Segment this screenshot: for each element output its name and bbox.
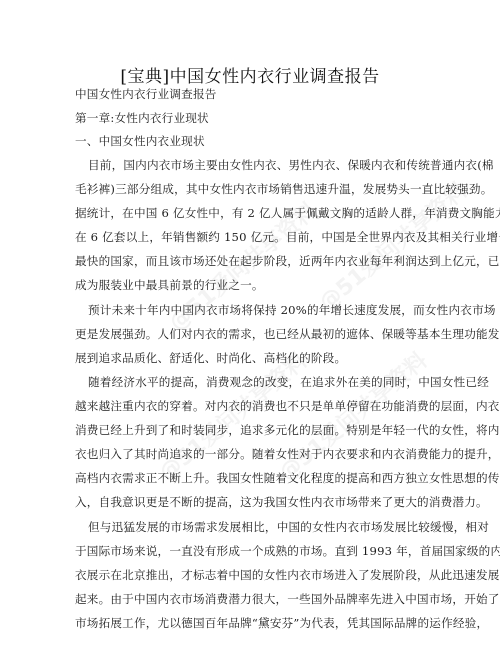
paragraph-line: 展到追求品质化、舒适化、时尚化、高档化的阶段。: [75, 351, 427, 365]
paragraph-line: 最快的国家，而且该市场还处在起步阶段，近两年内衣业每年利润达到上亿元，已: [75, 254, 427, 268]
document-page: @51爱问共享资料 @51爱问共享资料 @51爱问共享资料 @51爱问共享资料 …: [0, 0, 500, 647]
paragraph-line: 更是发展强劲。人们对内衣的需求，也已经从最初的遮体、保暖等基本生理功能发: [75, 327, 427, 341]
paragraph-line: 目前，国内内衣市场主要由女性内衣、男性内衣、保暖内衣和传统普通内衣(棉: [88, 158, 427, 172]
paragraph-line: 市场拓展工作，尤以德国百年品牌“黛安芬”为代表，凭其国际品牌的运作经验，: [75, 616, 427, 630]
watermark: @51爱问共享资料: [272, 344, 433, 486]
paragraph-line: 毛衫裤)三部分组成，其中女性内衣市场销售迅速升温，发展势头一直比较强劲。: [75, 182, 427, 196]
paragraph-line: 衣也归入了其时尚追求的一部分。随着女性对于内衣要求和内衣消费能力的提升，: [75, 447, 427, 461]
watermark: @51爱问共享资料: [152, 344, 313, 486]
paragraph-line: 越来越注重内衣的穿着。对内衣的消费也不只是单单停留在功能消费的层面，内衣: [75, 399, 427, 413]
paragraph-line: 据统计，在中国 6 亿女性中，有 2 亿人属于佩戴文胸的适龄人群，年消费文胸能力: [75, 206, 427, 220]
paragraph-line: 预计未来十年内中国内衣市场将保持 20%的年增长速度发展，而女性内衣市场: [88, 303, 427, 317]
document-title: [宝典]中国女性内衣行业调查报告: [0, 62, 500, 87]
paragraph-line: 衣展示在北京推出，才标志着中国的女性内衣市场进入了发展阶段，从此迅速发展: [75, 568, 427, 582]
report-subtitle: 中国女性内衣行业调查报告: [75, 87, 427, 101]
paragraph-line: 高档内衣需求正不断上升。我国女性随着文化程度的提高和西方独立女性思想的传: [75, 471, 427, 485]
paragraph-line: 消费已经上升到了和时装同步，追求多元化的层面。特别是年轻一代的女性，将内: [75, 423, 427, 437]
paragraph-line: 但与迅猛发展的市场需求发展相比，中国的女性内衣市场发展比较缓慢，相对: [88, 520, 427, 534]
paragraph-line: 在 6 亿套以上，年销售额约 150 亿元。目前，中国是全世界内衣及其相关行业增…: [75, 230, 427, 244]
paragraph-line: 成为服装业中最具前景的行业之一。: [75, 278, 427, 292]
paragraph-line: 起来。由于中国内衣市场消费潜力很大，一些国外品牌率先进入中国市场，开始了: [75, 592, 427, 606]
paragraph-line: 于国际市场来说，一直没有形成一个成熟的市场。直到 1993 年，首届国家级的内: [75, 544, 427, 558]
paragraph-line: 随着经济水平的提高，消费观念的改变，在追求外在美的同时，中国女性已经: [88, 375, 427, 389]
chapter-heading: 第一章:女性内衣行业现状: [75, 111, 427, 125]
paragraph-line: 入，自我意识更是不断的提高，这为我国女性内衣市场带来了更大的消费潜力。: [75, 495, 427, 509]
section-heading: 一、中国女性内衣业现状: [75, 134, 427, 148]
